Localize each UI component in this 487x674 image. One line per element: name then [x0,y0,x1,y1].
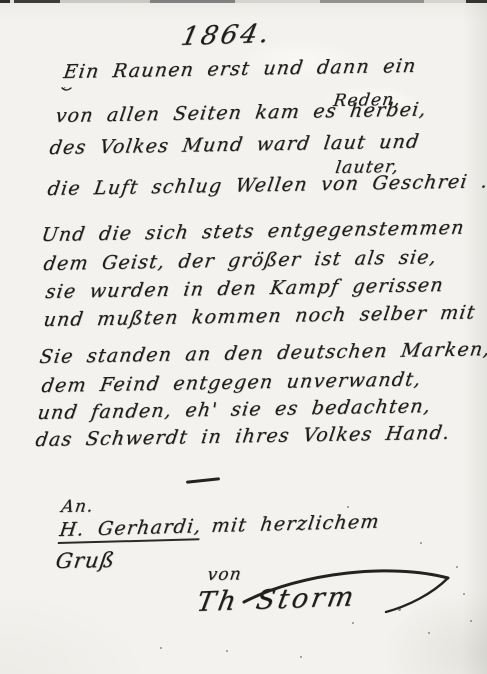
scan-speck [352,622,354,624]
poem-line: dem Feind entgegen unverwandt, [40,368,423,397]
dedication-rest: mit herzlichem [200,511,381,538]
dedication-greeting: Gruß [54,548,117,574]
poem-line: und fanden, eh' sie es bedachten, [36,395,433,425]
scan-speck [226,650,228,652]
dedication-name-underlined: H. Gerhardi, [58,515,203,544]
scan-speck [398,608,401,611]
dedication-from-word: von [206,564,243,585]
scan-artifact-top-edge [0,0,487,3]
poem-line: die Luft schlug Wellen von Geschrei . [46,170,487,200]
signature-text: Th Storm [194,582,359,620]
poem-line: des Volkes Mund ward laut und [48,131,421,160]
scan-speck [463,593,465,595]
dedication-salutation: An. [60,496,95,517]
poem-line: Ein Raunen erst und dann ein [62,55,418,84]
scan-speck [412,601,414,603]
scan-speck [420,542,422,544]
insertion-caret: ˇ [58,86,65,99]
poem-line: sie wurden in den Kampf gerissen [44,274,445,304]
scan-speck [300,656,302,658]
scan-speck [456,566,458,568]
poem-line: dem Geist, der größer ist als sie, [42,246,439,276]
poem-line: von allen Seiten kam es herbei, [54,99,428,128]
manuscript-page: 1864. Ein Raunen erst und dann ein ˇ Red… [0,0,487,674]
dedication-line: H. Gerhardi,mit herzlichem [58,511,381,542]
scan-speck [160,647,162,649]
poem-line: Und die sich stets entgegenstemmen [40,217,466,247]
poem-line: Sie standen an den deutschen Marken, [38,338,487,369]
scan-speck [428,632,430,634]
scan-speck [347,506,349,508]
page-title-year: 1864. [178,19,275,53]
scan-speck [470,620,472,622]
poem-line: und mußten kommen noch selber mit . [42,301,487,332]
poem-line: das Schwerdt in ihres Volkes Hand. [34,422,452,452]
section-divider [186,477,220,484]
